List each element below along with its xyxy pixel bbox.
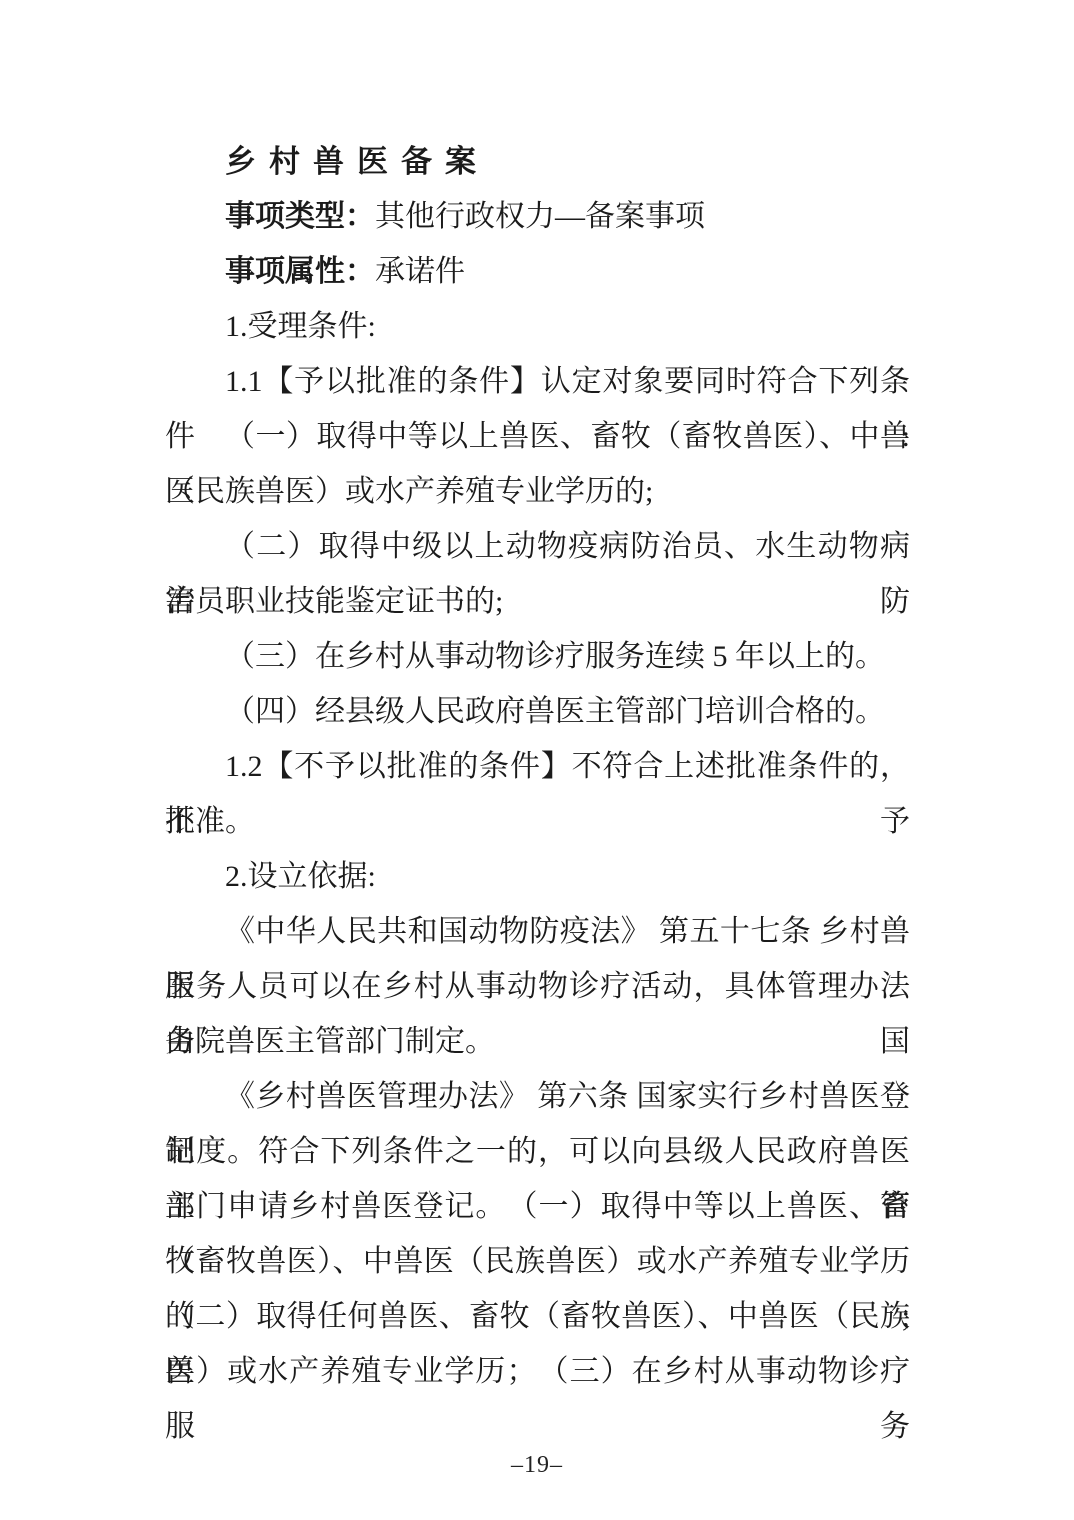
- meta-line-type: 事项类型：其他行政权力—备案事项: [165, 189, 910, 244]
- doc-line: 医）或水产养殖专业学历； （三）在乡村从事动物诊疗服务: [165, 1344, 910, 1399]
- document-body: 乡村兽医备案 事项类型：其他行政权力—备案事项 事项属性：承诺件 1.受理条件:…: [165, 134, 910, 1399]
- doc-line: 2.设立依据:: [165, 849, 910, 904]
- document-page: 乡村兽医备案 事项类型：其他行政权力—备案事项 事项属性：承诺件 1.受理条件:…: [0, 0, 1074, 1520]
- doc-line: （二）取得中级以上动物疫病防治员、水生动物病害防: [165, 519, 910, 574]
- doc-title: 乡村兽医备案: [165, 134, 910, 189]
- doc-line: （四）经县级人民政府兽医主管部门培训合格的。: [165, 684, 910, 739]
- meta-value-type: 其他行政权力—备案事项: [375, 200, 705, 233]
- doc-line: 1.受理条件:: [165, 299, 910, 354]
- doc-line: 部门申请乡村兽医登记。 （一）取得中等以上兽医、畜牧: [165, 1179, 910, 1234]
- doc-line: （民族兽医）或水产养殖专业学历的;: [165, 464, 910, 519]
- doc-line: 《乡村兽医管理办法》 第六条 国家实行乡村兽医登记: [165, 1069, 910, 1124]
- doc-line: （二）取得任何兽医、畜牧（畜牧兽医）、中兽医（民族兽: [165, 1289, 910, 1344]
- meta-label-type: 事项类型：: [225, 200, 375, 233]
- doc-line: （一）取得中等以上兽医、畜牧（畜牧兽医）、中兽医: [165, 409, 910, 464]
- doc-line: 《中华人民共和国动物防疫法》 第五十七条 乡村兽医: [165, 904, 910, 959]
- doc-line: 服务人员可以在乡村从事动物诊疗活动，具体管理办法由国: [165, 959, 910, 1014]
- meta-line-attribute: 事项属性：承诺件: [165, 244, 910, 299]
- doc-line: 1.2【不予以批准的条件】不符合上述批准条件的，不予: [165, 739, 910, 794]
- meta-value-attribute: 承诺件: [375, 255, 465, 288]
- doc-line: （畜牧兽医）、中兽医（民族兽医）或水产养殖专业学历的;: [165, 1234, 910, 1289]
- doc-line: 制度。符合下列条件之一的，可以向县级人民政府兽医主管: [165, 1124, 910, 1179]
- meta-label-attribute: 事项属性：: [225, 255, 375, 288]
- page-number: –19–: [0, 1450, 1074, 1480]
- doc-line: （三）在乡村从事动物诊疗服务连续 5 年以上的。: [165, 629, 910, 684]
- doc-line: 1.1【予以批准的条件】认定对象要同时符合下列条件:: [165, 354, 910, 409]
